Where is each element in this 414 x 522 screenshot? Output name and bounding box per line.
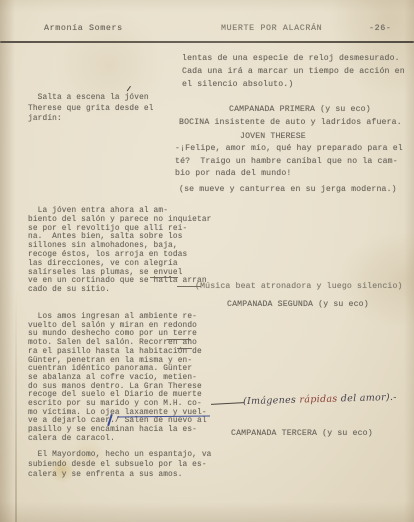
author-name: Armonía Somers — [44, 23, 123, 33]
stage-direction-4: El Mayordomo, hecho un espantajo, va sub… — [28, 450, 212, 481]
handwritten-note-pre: (Imágenes — [243, 395, 300, 408]
music-note: (Música beat atronadora y luego silencio… — [195, 280, 403, 293]
handwritten-note-highlight: rápidas — [299, 394, 337, 406]
continuation-paragraph: lentas de una especie de reloj desmesura… — [182, 52, 405, 91]
page-title: MUERTE POR ALACRÁN — [221, 23, 322, 33]
dialogue-joven-therese: -¡Felipe, amor mío, qué hay preparado pa… — [175, 143, 403, 181]
campanada-primera-heading: CAMPANADA PRIMERA (y su eco) — [229, 103, 371, 116]
page-number: -26- — [369, 23, 392, 33]
campanada-segunda-heading: CAMPANADA SEGUNDA (y su eco) — [227, 298, 369, 311]
handwritten-connector-line — [211, 402, 244, 405]
stage-note: (se mueve y canturrea en su jerga modern… — [179, 183, 397, 196]
character-name: JOVEN THERESE — [240, 130, 306, 143]
manuscript-page: Armonía Somers MUERTE POR ALACRÁN -26- l… — [0, 0, 414, 522]
stage-direction-2: La jóven entra ahora al am- biento del s… — [28, 207, 212, 295]
handwritten-accent-mark — [127, 86, 132, 92]
stage-direction-3: Los amos ingresan al ambiente re- vuelto… — [28, 313, 207, 444]
bocina-stage-direction: BOCINA insistente de auto y ladridos afu… — [179, 116, 402, 129]
header-rule — [0, 41, 414, 43]
campanada-tercera-heading: CAMPANADA TERCERA (y su eco) — [231, 427, 373, 440]
stage-direction-1: Salta a escena la jóven Therese que grit… — [28, 93, 154, 125]
handwritten-note-post: del amor).- — [337, 392, 397, 405]
handwritten-note: (Imágenes rápidas del amor).- — [243, 392, 397, 407]
paper-crease — [15, 290, 17, 522]
